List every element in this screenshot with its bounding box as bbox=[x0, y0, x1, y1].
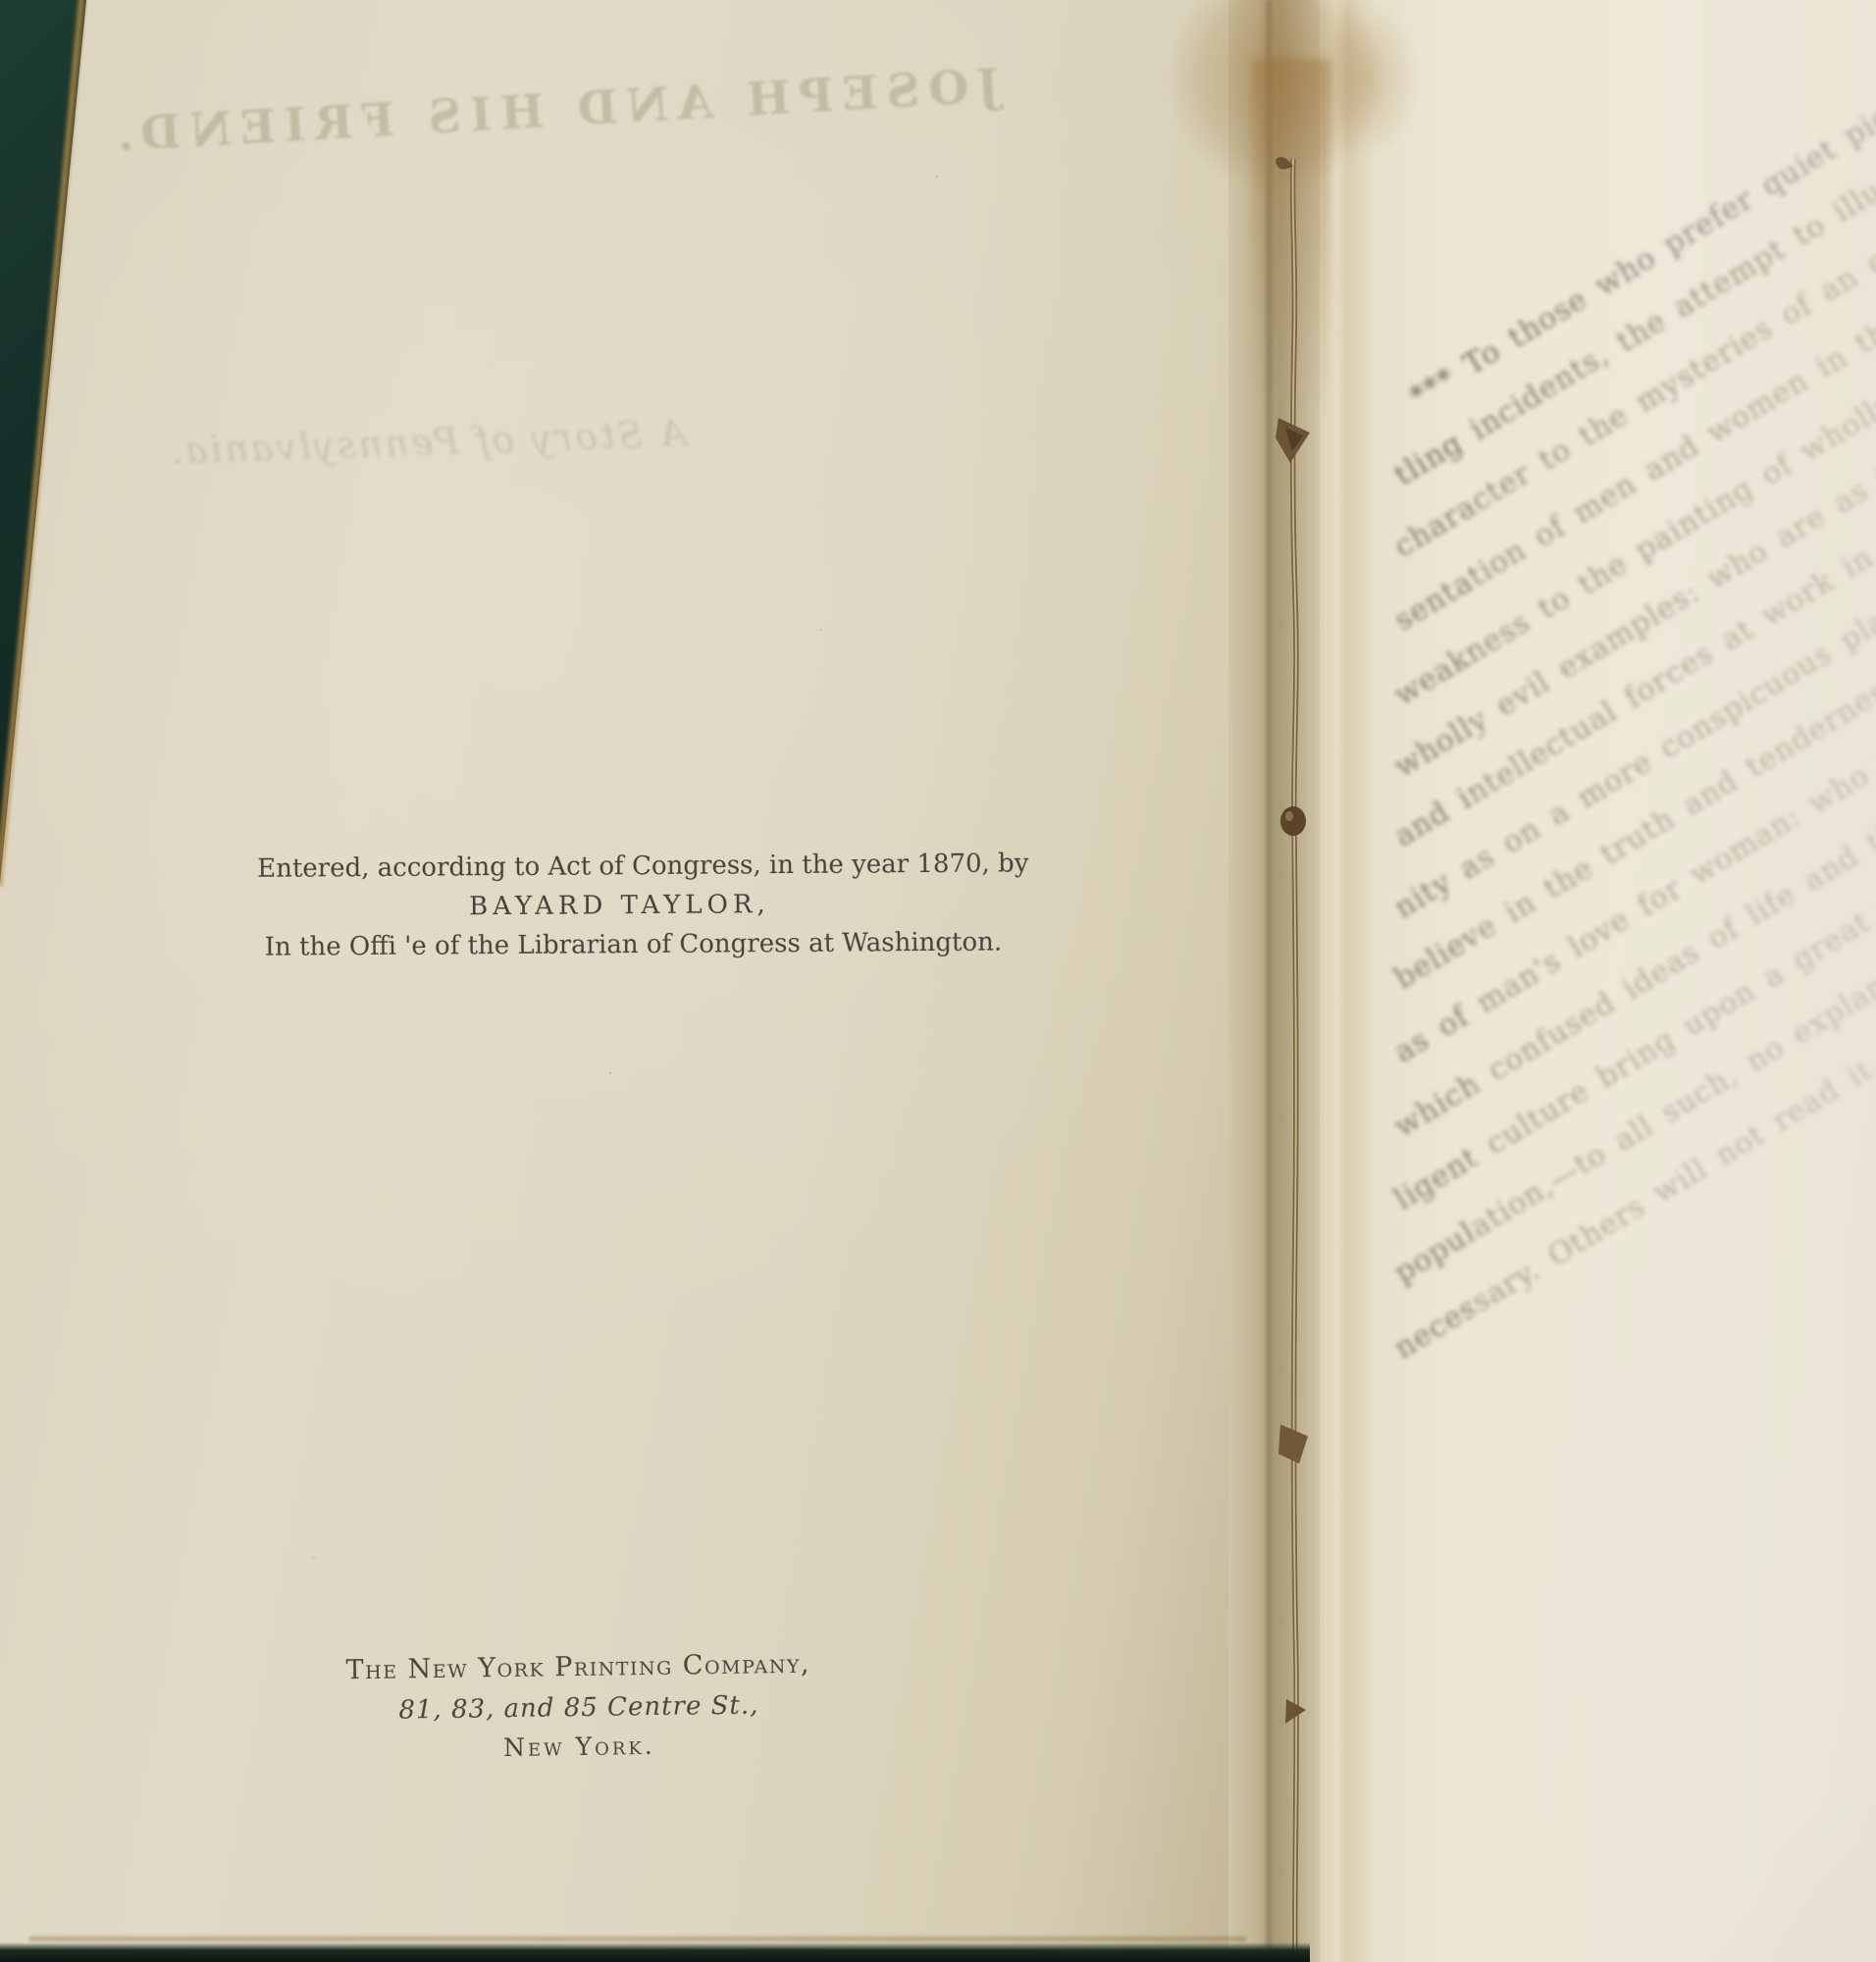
depth-of-field-fade bbox=[1472, 0, 1876, 1962]
book-photograph: JOSEPH AND HIS FRIEND. A Story of Pennsy… bbox=[0, 0, 1876, 1962]
table-surface-dark bbox=[0, 1942, 1310, 1962]
page-bottom-edge bbox=[29, 1936, 1246, 1941]
